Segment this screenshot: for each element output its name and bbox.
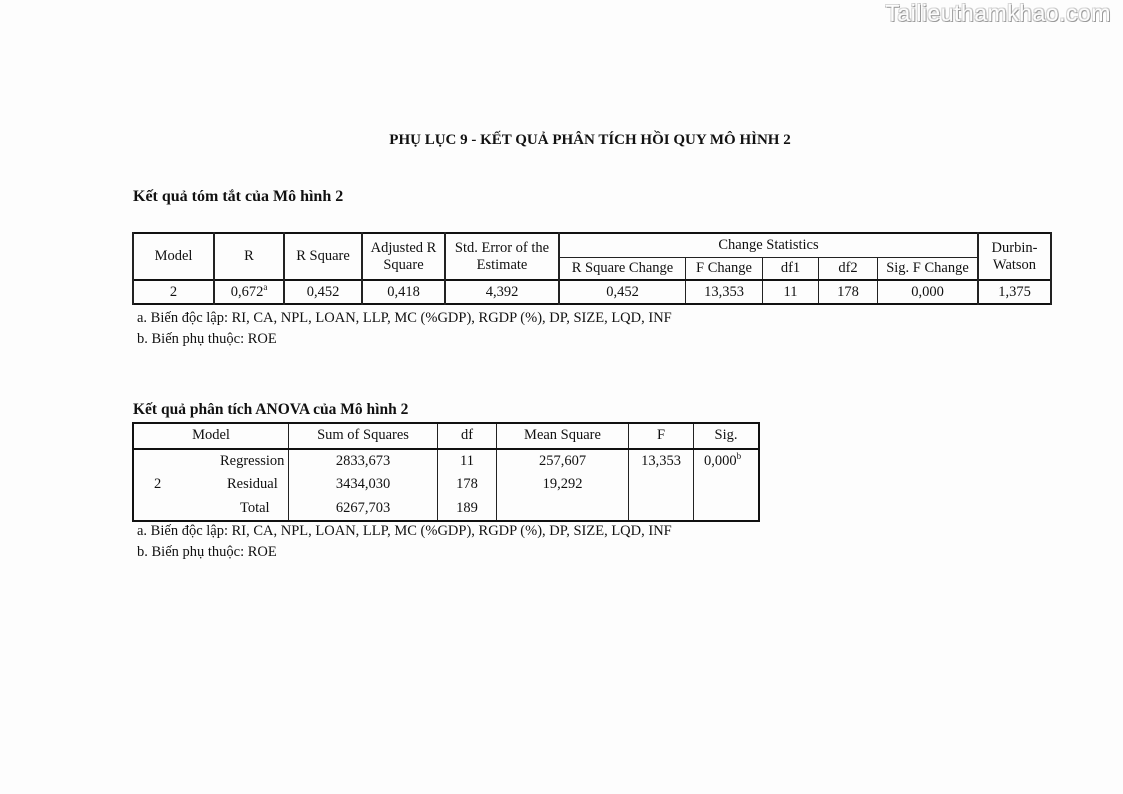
cell-r-square: 0,452 [284, 280, 362, 304]
cell-mean-square: 257,607 [497, 449, 629, 474]
header-model: Model [133, 423, 289, 449]
cell-f: 13,353 [629, 449, 694, 474]
cell-model: 2 [133, 280, 214, 304]
note-independent-vars: a. Biến độc lập: RI, CA, NPL, LOAN, LLP,… [137, 521, 672, 542]
anova-section-title: Kết quả phân tích ANOVA của Mô hình 2 [133, 401, 408, 419]
model-summary-table: Model R R Square Adjusted R Square Std. … [132, 232, 1052, 305]
note-dependent-var: b. Biến phụ thuộc: ROE [137, 542, 672, 563]
cell-sum-of-squares: 2833,673 [289, 449, 438, 474]
summary-section-title: Kết quả tóm tắt của Mô hình 2 [133, 188, 343, 206]
header-df1: df1 [763, 258, 819, 281]
header-r-square-change: R Square Change [559, 258, 686, 281]
header-sum-of-squares: Sum of Squares [289, 423, 438, 449]
table-row: Residual 3434,030 178 19,292 [133, 473, 759, 497]
cell-sum-of-squares: 3434,030 [289, 473, 438, 497]
cell-r: 0,672a [214, 280, 284, 304]
footnote-marker: b [737, 451, 742, 461]
cell-durbin-watson: 1,375 [978, 280, 1051, 304]
cell-f [629, 497, 694, 522]
cell-f-change: 13,353 [686, 280, 763, 304]
note-dependent-var: b. Biến phụ thuộc: ROE [137, 329, 672, 350]
header-df2: df2 [819, 258, 878, 281]
cell-sig [694, 497, 760, 522]
header-std-error: Std. Error of the Estimate [445, 233, 559, 280]
page-title: PHỤ LỤC 9 - KẾT QUẢ PHÂN TÍCH HỒI QUY MÔ… [0, 132, 1123, 149]
header-sig: Sig. [694, 423, 760, 449]
cell-df: 11 [438, 449, 497, 474]
cell-df: 189 [438, 497, 497, 522]
cell-std-error: 4,392 [445, 280, 559, 304]
cell-mean-square: 19,292 [497, 473, 629, 497]
header-change-statistics: Change Statistics [559, 233, 978, 258]
header-r-square: R Square [284, 233, 362, 280]
table-row: Total 6267,703 189 [133, 497, 759, 522]
cell-adjusted-r-square: 0,418 [362, 280, 445, 304]
cell-row-type: Total [196, 497, 289, 522]
table-row: 2 0,672a 0,452 0,418 4,392 0,452 13,353 … [133, 280, 1051, 304]
cell-row-type: Regression [196, 449, 289, 474]
cell-f [629, 473, 694, 497]
header-durbin-watson: Durbin-Watson [978, 233, 1051, 280]
header-sig-f-change: Sig. F Change [878, 258, 979, 281]
summary-notes: a. Biến độc lập: RI, CA, NPL, LOAN, LLP,… [137, 308, 672, 350]
cell-model: 2 [133, 449, 196, 522]
cell-sig: 0,000b [694, 449, 760, 474]
cell-sum-of-squares: 6267,703 [289, 497, 438, 522]
header-mean-square: Mean Square [497, 423, 629, 449]
header-adjusted-r-square: Adjusted R Square [362, 233, 445, 280]
header-f-change: F Change [686, 258, 763, 281]
cell-mean-square [497, 497, 629, 522]
header-model: Model [133, 233, 214, 280]
cell-df2: 178 [819, 280, 878, 304]
cell-df1: 11 [763, 280, 819, 304]
footnote-marker: a [263, 282, 267, 292]
anova-table: Model Sum of Squares df Mean Square F Si… [132, 422, 760, 522]
cell-r-square-change: 0,452 [559, 280, 686, 304]
cell-df: 178 [438, 473, 497, 497]
anova-notes: a. Biến độc lập: RI, CA, NPL, LOAN, LLP,… [137, 521, 672, 563]
cell-sig [694, 473, 760, 497]
header-df: df [438, 423, 497, 449]
cell-sig-f-change: 0,000 [878, 280, 979, 304]
cell-row-type: Residual [196, 473, 289, 497]
header-f: F [629, 423, 694, 449]
table-row: 2 Regression 2833,673 11 257,607 13,353 … [133, 449, 759, 474]
note-independent-vars: a. Biến độc lập: RI, CA, NPL, LOAN, LLP,… [137, 308, 672, 329]
watermark: Tailieuthamkhao.com [885, 0, 1111, 27]
header-r: R [214, 233, 284, 280]
